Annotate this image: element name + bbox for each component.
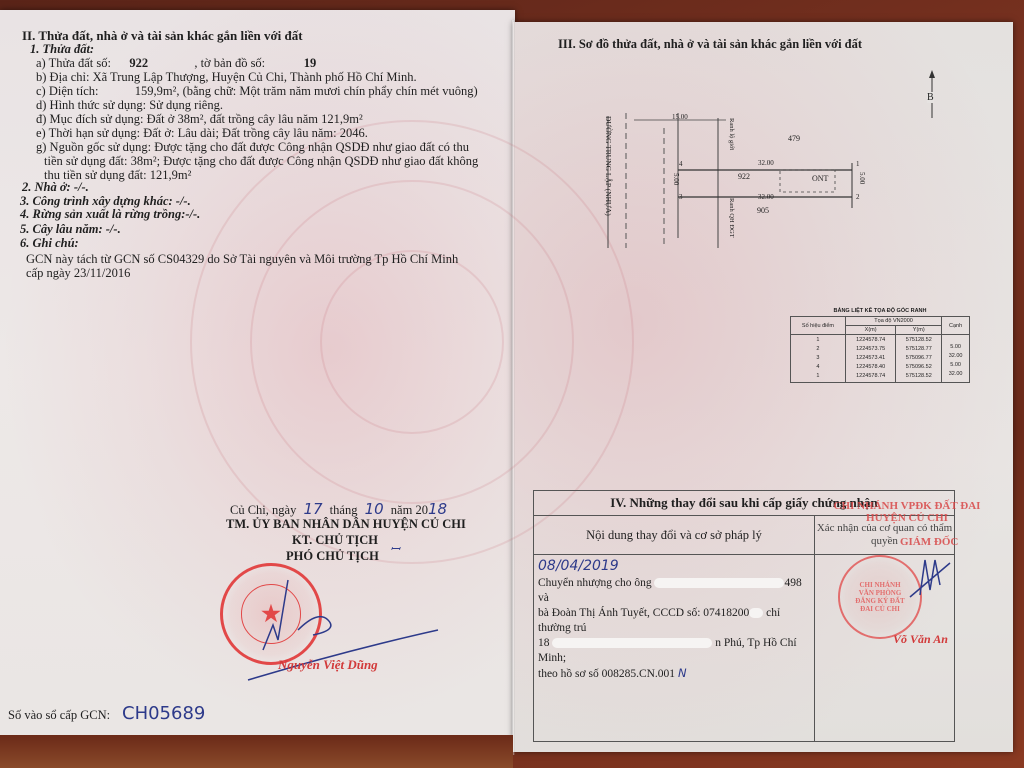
changes-content-header: Nội dung thay đổi và cơ sở pháp lý	[534, 516, 814, 555]
issue-place: Củ Chi, ngày	[230, 503, 296, 517]
change-line-2-text: bà Đoàn Thị Ánh Tuyết, CCCD số: 07418200	[538, 607, 749, 619]
parcel-north-number: 479	[788, 134, 800, 143]
usage-purpose-row: đ) Mục đích sử dụng: Đất ở 38m², đất trồ…	[36, 112, 363, 127]
year-label: năm 20	[391, 503, 428, 517]
table-surface	[0, 735, 513, 768]
office-stamp-header: CHI NHÁNH VPĐK ĐẤT ĐAI HUYỆN CỦ CHI	[822, 500, 992, 524]
issue-month: 10	[365, 500, 384, 518]
corner-3: 3	[679, 193, 683, 201]
issue-year: 18	[428, 500, 447, 518]
change-line-4-text: theo hồ sơ số 008285.CN.001	[538, 668, 675, 680]
edge-left-length: 5.00	[672, 173, 680, 185]
note-line-1: GCN này tách từ GCN số CS04329 do Sở Tài…	[26, 252, 458, 267]
page-fold	[511, 20, 515, 755]
redaction-bar	[552, 638, 712, 648]
map-sheet-value: 19	[268, 56, 316, 71]
changes-content-body: 08/04/2019 Chuyển nhượng cho ông 498 và …	[534, 555, 814, 686]
change-line-1-text: Chuyển nhượng cho ông	[538, 577, 652, 589]
note-line-2: cấp ngày 23/11/2016	[26, 266, 130, 281]
corner-2: 2	[856, 193, 860, 201]
confirm-signature	[900, 555, 960, 600]
origin-row-2: tiền sử dụng đất: 38m²; Được tặng cho đấ…	[44, 154, 478, 169]
area-value: 159,9m², (bằng chữ: Một trăm năm mươi ch…	[135, 84, 478, 98]
register-number: CH05689	[122, 703, 205, 724]
office-stamp-role: GIÁM ĐỐC	[900, 536, 958, 548]
y-values: 575128.52575128.77575096.77575096.525751…	[896, 335, 942, 383]
redaction-bar	[654, 578, 784, 588]
item1-heading: 1. Thửa đất:	[30, 42, 94, 57]
month-label: tháng	[330, 503, 358, 517]
change-line-1: Chuyển nhượng cho ông 498 và	[538, 576, 810, 606]
parcel-number-label: a) Thửa đất số:	[36, 56, 111, 70]
issue-day: 17	[303, 500, 322, 518]
map-sheet-label: , tờ bản đồ số:	[194, 56, 265, 70]
edge-values: 5.0032.005.0032.00	[942, 335, 970, 383]
signer-role-1: KT. CHỦ TỊCH	[292, 533, 378, 548]
col-point: Số hiệu điểm	[791, 317, 846, 335]
left-signer-name: Nguyễn Việt Dũng	[278, 657, 378, 673]
item6-heading: 6. Ghi chú:	[20, 236, 79, 251]
edge-top-length: 32.00	[758, 159, 774, 167]
section-iii-title: III. Sơ đồ thửa đất, nhà ở và tài sản kh…	[558, 37, 862, 52]
edge-right-length: 5.00	[858, 172, 866, 184]
change-date: 08/04/2019	[538, 559, 810, 574]
col-x: X(m)	[845, 326, 895, 335]
coordinate-table-title: BẢNG LIỆT KÊ TỌA ĐỘ GÓC RANH	[790, 308, 970, 314]
right-signer-name: Võ Văn An	[893, 632, 948, 647]
register-label: Số vào sổ cấp GCN:	[8, 708, 110, 723]
issuing-org: TM. ỦY BAN NHÂN DÂN HUYỆN CỦ CHI	[226, 517, 466, 532]
changes-content-column: Nội dung thay đổi và cơ sở pháp lý 08/04…	[534, 516, 815, 741]
point-ids: 12341	[791, 335, 846, 383]
edge-bottom-length: 32.00	[758, 193, 774, 201]
road-label: ĐƯỜNG TRUNG LẬP (NHỰA)	[604, 116, 613, 216]
origin-row-1: g) Nguồn gốc sử dụng: Được tặng cho đất …	[36, 140, 469, 155]
usage-term-row: e) Thời hạn sử dụng: Đất ở: Lâu dài; Đất…	[36, 126, 368, 141]
area-row: c) Diện tích: 159,9m², (bằng chữ: Một tr…	[36, 84, 478, 99]
change-line-4: theo hồ sơ số 008285.CN.001 N	[538, 666, 810, 682]
coordinate-table: BẢNG LIỆT KÊ TỌA ĐỘ GÓC RANH Số hiệu điể…	[790, 308, 970, 383]
change-line-3: 18 n Phú, Tp Hồ Chí Minh;	[538, 636, 810, 666]
ditch-bottom-label: Ranh QH ĐGT	[728, 198, 735, 238]
corner-4: 4	[679, 160, 683, 168]
item2-house: 2. Nhà ở: -/-.	[22, 180, 89, 195]
item5-perennial: 5. Cây lâu năm: -/-.	[20, 222, 121, 237]
top-dimension: 15.00	[672, 113, 688, 121]
col-y: Y(m)	[896, 326, 942, 335]
area-label: c) Diện tích:	[36, 84, 98, 98]
north-label: B	[927, 92, 934, 103]
usage-form-row: d) Hình thức sử dụng: Sử dụng riêng.	[36, 98, 223, 113]
signer-role-2: PHÓ CHỦ TỊCH	[286, 549, 379, 564]
corner-1: 1	[856, 160, 860, 168]
address-row: b) Địa chỉ: Xã Trung Lập Thượng, Huyện C…	[36, 70, 417, 85]
parcel-main-number: 922	[738, 172, 750, 181]
building-label: ONT	[812, 174, 828, 183]
redaction-bar	[749, 608, 763, 618]
ditch-top-label: Ranh lộ giới	[728, 118, 735, 150]
x-values: 1224578.741224573.751224573.411224578.40…	[845, 335, 895, 383]
issue-date: Củ Chi, ngày 17 tháng 10 năm 2018	[230, 500, 447, 518]
parcel-number-row: a) Thửa đất số: 922 , tờ bản đồ số: 19	[36, 56, 316, 71]
change-line-2: bà Đoàn Thị Ánh Tuyết, CCCD số: 07418200…	[538, 606, 810, 636]
item4-forest: 4. Rừng sản xuất là rừng trồng:-/-.	[20, 207, 200, 222]
initials-signature: ꟷ	[390, 540, 400, 557]
change-line-3-text: 18	[538, 637, 550, 649]
parcel-south-number: 905	[757, 206, 769, 215]
col-edge: Cạnh	[942, 317, 970, 335]
parcel-number-value: 922	[114, 56, 148, 71]
col-coord: Tọa độ VN2000	[845, 317, 941, 326]
